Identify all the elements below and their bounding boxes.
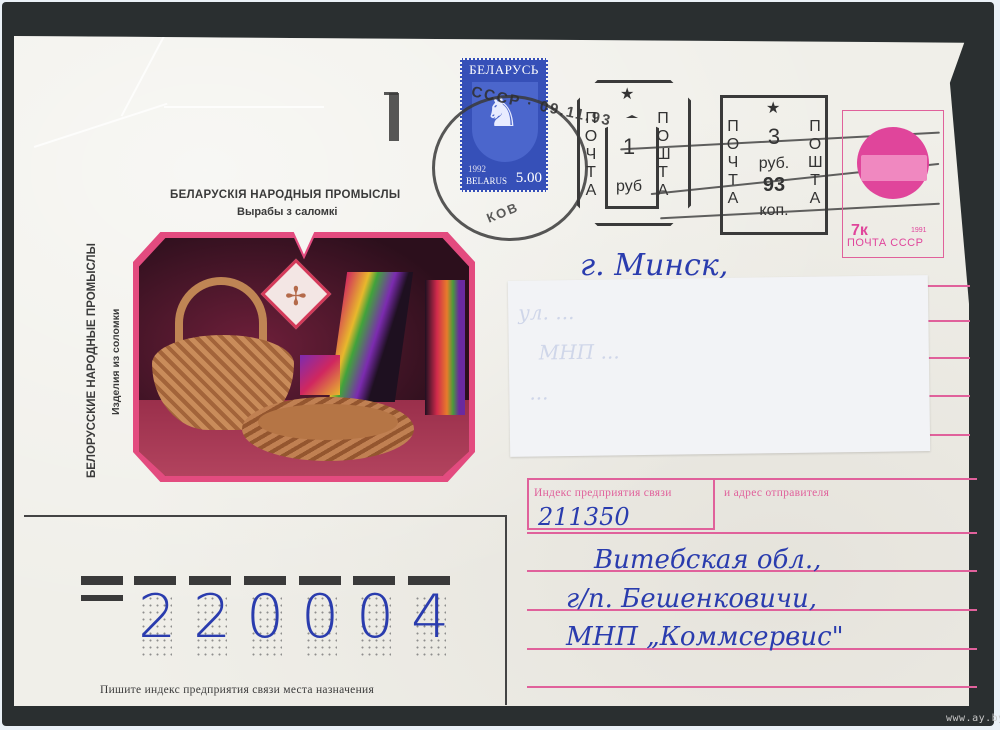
sender-line-1: Витебская обл., <box>594 545 821 575</box>
index-area-border <box>24 515 507 517</box>
straw-tray-inner <box>258 404 398 440</box>
sender-address-label: и адрес отправителя <box>724 487 829 499</box>
meter-2-unit: руб. <box>752 155 796 173</box>
vertical-caption-subtitle: Изделия из соломки <box>110 309 122 415</box>
vertical-caption-title: БЕЛОРУССКИЕ НАРОДНЫЕ ПРОМЫСЛЫ <box>86 243 98 478</box>
star-icon: ★ <box>620 86 634 104</box>
index-digit: 0 <box>356 582 394 652</box>
faded-handwriting: ул. ... <box>518 300 574 325</box>
index-guide-bar <box>81 576 123 585</box>
index-hint: Пишите индекс предприятия связи места на… <box>100 684 374 696</box>
stamp-country-top: БЕЛАРУСЬ <box>462 62 546 78</box>
meter-1-side-left: ПОЧТА <box>584 110 598 200</box>
faded-handwriting: МНП ... <box>539 339 620 364</box>
index-digit: 2 <box>193 582 231 652</box>
index-digit: 0 <box>246 582 284 652</box>
star-icon: ★ <box>766 100 780 118</box>
index-area-border <box>505 515 507 705</box>
paper-crease <box>164 106 324 108</box>
printed-subtitle: Вырабы з саломкі <box>237 206 337 218</box>
watermark: www.ay.by <box>946 713 1000 724</box>
index-digit: 2 <box>138 582 176 652</box>
meter-1-side-right: ПОШТА <box>656 110 670 200</box>
striped-cloth <box>300 355 340 395</box>
faded-handwriting: ... <box>529 380 548 404</box>
address-label-sticker: ул. ... МНП ... ... <box>508 275 930 457</box>
index-digit: 0 <box>301 582 339 652</box>
striped-cloth <box>425 280 465 415</box>
printed-stamp-year: 1991 <box>911 227 927 234</box>
index-guide-bar <box>81 595 123 601</box>
paper-crease <box>34 103 168 148</box>
ornament-icon: ✢ <box>285 281 307 312</box>
meter-2-value: 3 <box>763 128 785 146</box>
sender-line-2: г/п. Бешенковичи, <box>566 584 817 614</box>
meter-1-unit: руб <box>610 178 648 196</box>
printed-stamp: 7к 1991 ПОЧТА СССР <box>842 110 944 258</box>
meter-2-side-right: ПОШТА <box>808 118 822 208</box>
printed-title: БЕЛАРУСКІЯ НАРОДНЫЯ ПРОМЫСЛЫ <box>170 189 400 201</box>
sender-index: 211350 <box>538 503 630 531</box>
sender-line-3: МНП „Коммсервис" <box>566 622 844 652</box>
address-line <box>527 686 977 688</box>
handstamp-mark <box>389 93 399 141</box>
ship-icon <box>861 155 927 181</box>
meter-2-side-left: ПОЧТА <box>726 118 740 208</box>
index-digit: 4 <box>411 582 449 652</box>
printed-stamp-name: ПОЧТА СССР <box>847 237 923 249</box>
sender-index-label: Индекс предприятия связи <box>534 487 672 499</box>
